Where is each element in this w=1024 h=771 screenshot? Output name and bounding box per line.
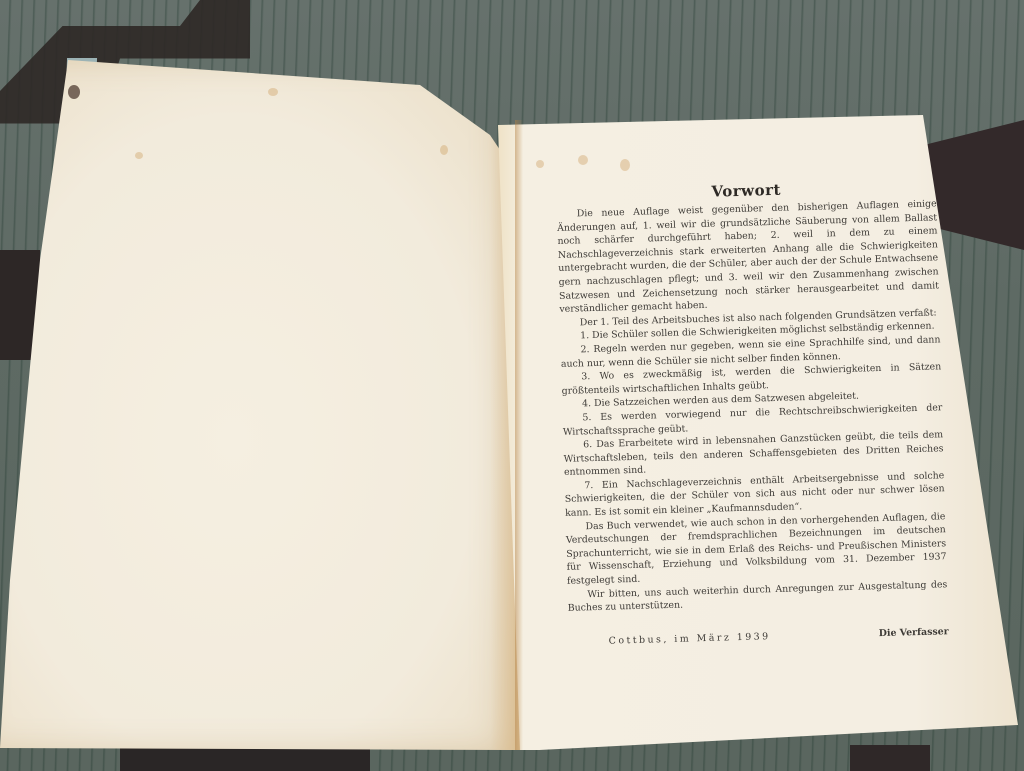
stain — [440, 145, 448, 155]
stain — [620, 159, 630, 171]
stain — [68, 85, 80, 99]
book-spine — [515, 120, 523, 750]
paragraph: Die neue Auflage weist gegenüber den bis… — [557, 197, 940, 316]
paragraph: Das Buch verwendet, wie auch schon in de… — [565, 510, 947, 589]
stain — [578, 155, 588, 165]
camo-dark-patch — [850, 745, 930, 771]
stain — [268, 88, 278, 96]
stain — [536, 160, 544, 168]
preface-text: Vorwort Die neue Auflage weist gegenüber… — [556, 175, 949, 649]
stain — [135, 152, 143, 159]
left-page-blank — [0, 60, 520, 750]
signature: Die Verfasser — [879, 625, 949, 641]
